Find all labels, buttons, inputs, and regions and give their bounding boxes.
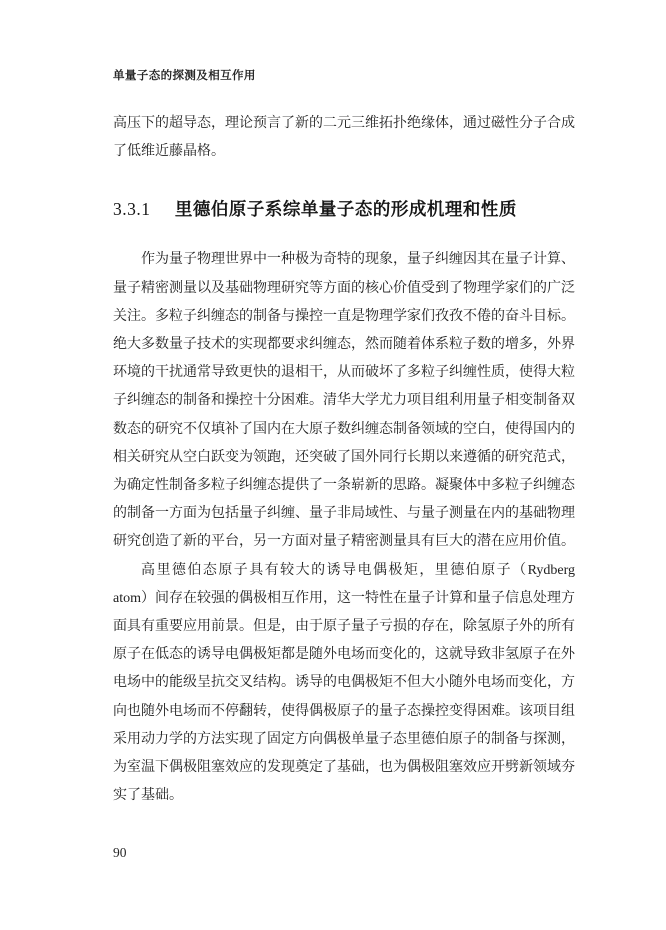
page-content: 高压下的超导态，理论预言了新的二元三维拓扑绝缘体，通过磁性分子合成了低维近藤晶格… bbox=[113, 110, 575, 810]
section-number: 3.3.1 bbox=[113, 199, 151, 219]
section-heading: 3.3.1 里德伯原子系综单量子态的形成机理和性质 bbox=[113, 196, 575, 222]
running-header: 单量子态的探测及相互作用 bbox=[113, 67, 256, 83]
section-title: 里德伯原子系综单量子态的形成机理和性质 bbox=[175, 199, 517, 219]
page-number: 90 bbox=[113, 845, 127, 861]
document-page: 单量子态的探测及相互作用 高压下的超导态，理论预言了新的二元三维拓扑绝缘体，通过… bbox=[0, 0, 666, 930]
intro-paragraph: 高压下的超导态，理论预言了新的二元三维拓扑绝缘体，通过磁性分子合成了低维近藤晶格… bbox=[113, 110, 575, 166]
body-paragraph-2: 高里德伯态原子具有较大的诱导电偶极矩，里德伯原子（Rydberg atom）间存… bbox=[113, 557, 575, 811]
body-paragraph-1: 作为量子物理世界中一种极为奇特的现象，量子纠缠因其在量子计算、量子精密测量以及基… bbox=[113, 246, 575, 556]
